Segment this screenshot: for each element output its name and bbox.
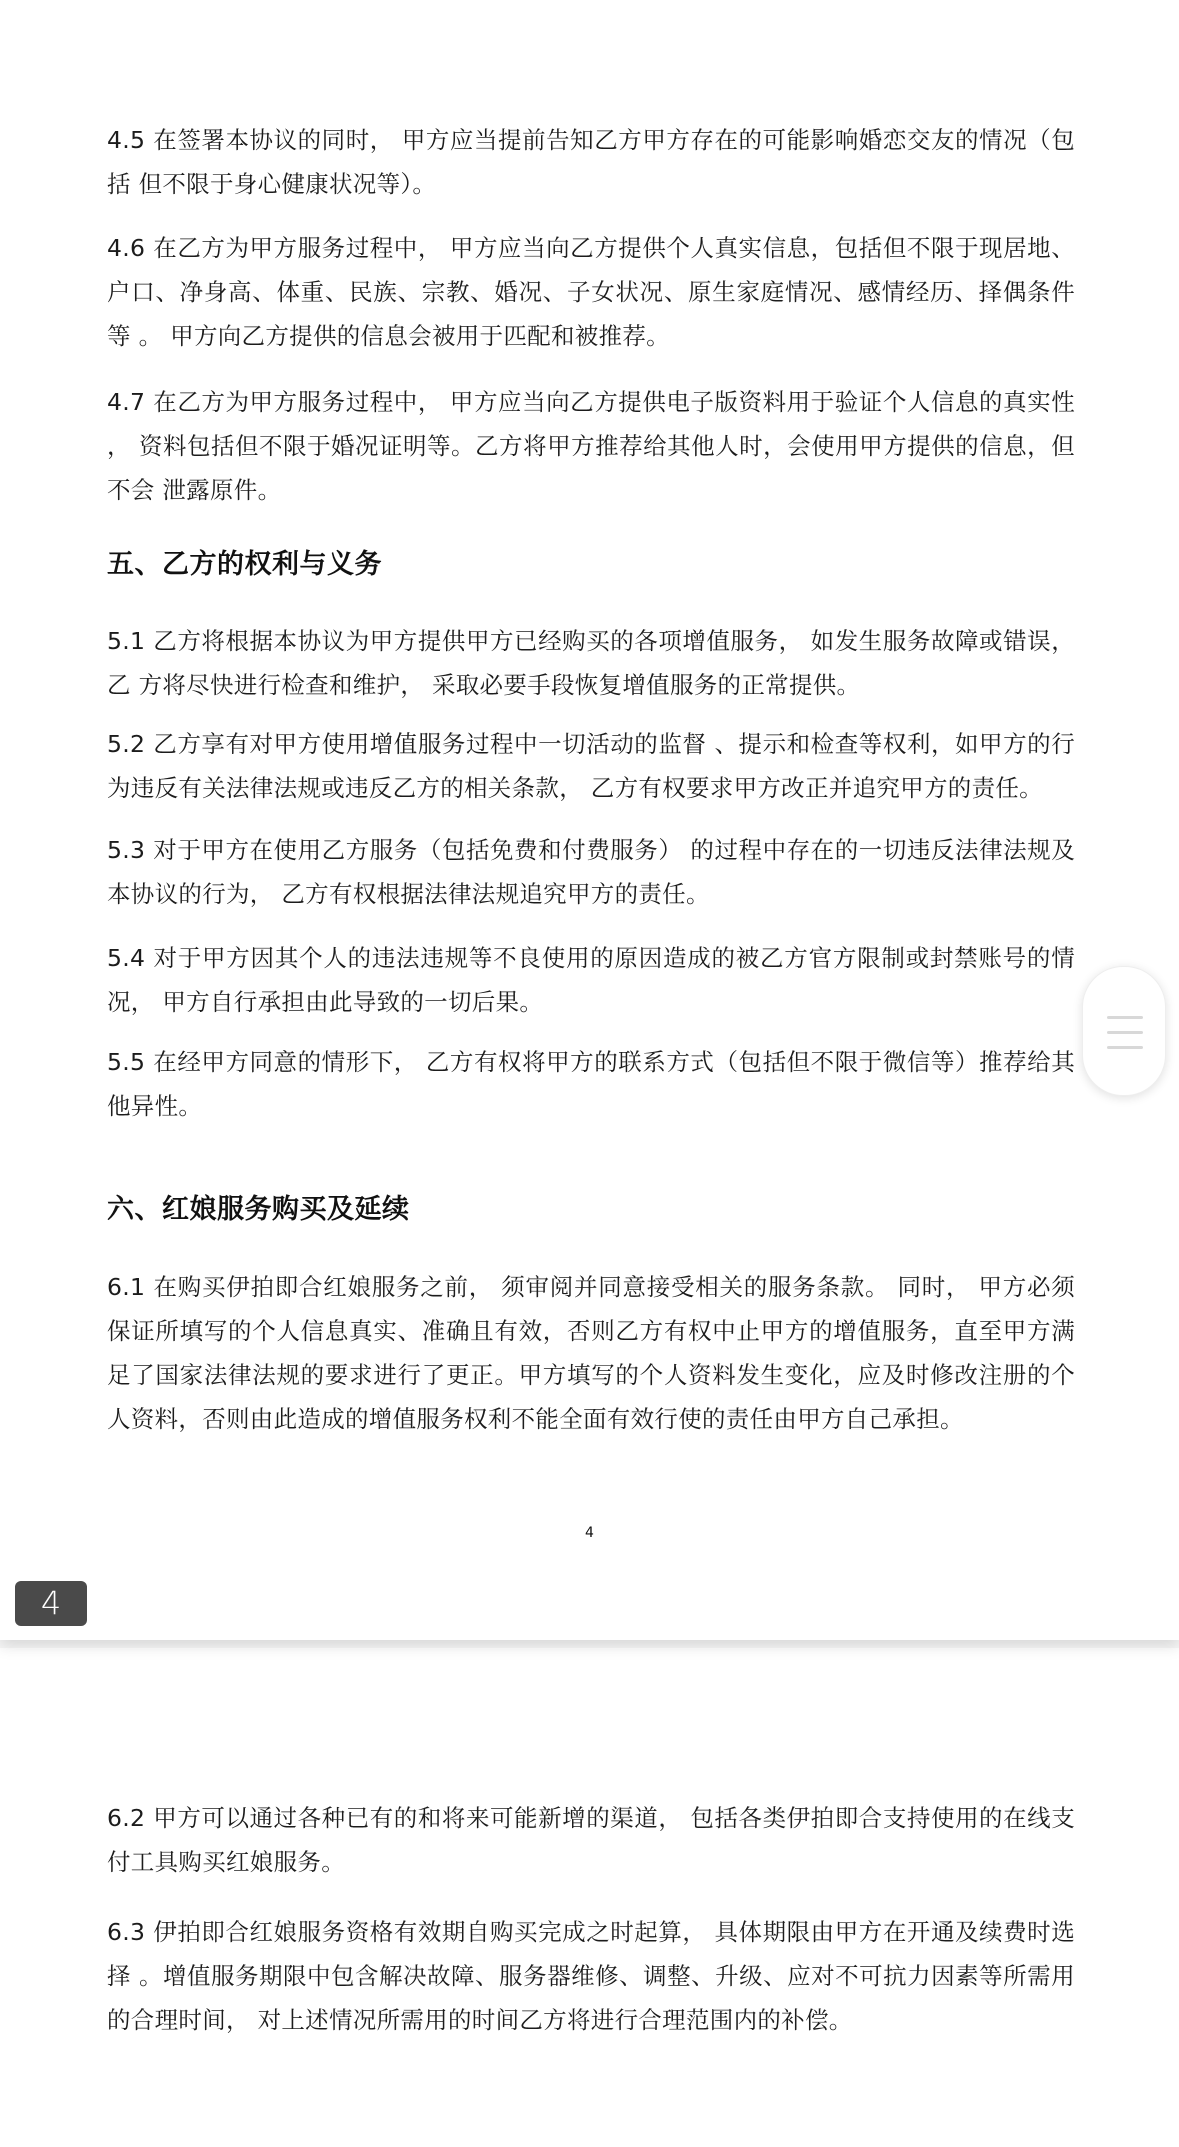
clause-5-4: 5.4 对于甲方因其个人的违法违规等不良使用的原因造成的被乙方官方限制或封禁账号… bbox=[107, 936, 1075, 1024]
clause-4-7: 4.7 在乙方为甲方服务过程中， 甲方应当向乙方提供电子版资料用于验证个人信息的… bbox=[107, 380, 1075, 512]
clause-6-1: 6.1 在购买伊拍即合红娘服务之前， 须审阅并同意接受相关的服务条款。 同时， … bbox=[107, 1265, 1075, 1441]
page-number-footer: 4 bbox=[0, 1525, 1179, 1541]
clause-5-2: 5.2 乙方享有对甲方使用增值服务过程中一切活动的监督 、提示和检查等权利，如甲… bbox=[107, 722, 1075, 810]
current-page-badge: 4 bbox=[15, 1581, 87, 1626]
section-heading-6: 六、红娘服务购买及延续 bbox=[107, 1187, 410, 1226]
document-page-5: 6.2 甲方可以通过各种已有的和将来可能新增的渠道， 包括各类伊拍即合支持使用的… bbox=[0, 1648, 1179, 2147]
section-heading-5: 五、乙方的权利与义务 bbox=[107, 542, 382, 581]
clause-4-5: 4.5 在签署本协议的同时， 甲方应当提前告知乙方甲方存在的可能影响婚恋交友的情… bbox=[107, 118, 1075, 206]
document-page-4: 4.5 在签署本协议的同时， 甲方应当提前告知乙方甲方存在的可能影响婚恋交友的情… bbox=[0, 0, 1179, 1640]
clause-6-3: 6.3 伊拍即合红娘服务资格有效期自购买完成之时起算， 具体期限由甲方在开通及续… bbox=[107, 1910, 1075, 2042]
clause-6-2: 6.2 甲方可以通过各种已有的和将来可能新增的渠道， 包括各类伊拍即合支持使用的… bbox=[107, 1796, 1075, 1884]
clause-5-5: 5.5 在经甲方同意的情形下， 乙方有权将甲方的联系方式（包括但不限于微信等）推… bbox=[107, 1040, 1075, 1128]
floating-menu-button[interactable] bbox=[1082, 966, 1166, 1096]
clause-4-6: 4.6 在乙方为甲方服务过程中， 甲方应当向乙方提供个人真实信息，包括但不限于现… bbox=[107, 226, 1075, 358]
clause-5-3: 5.3 对于甲方在使用乙方服务（包括免费和付费服务） 的过程中存在的一切违反法律… bbox=[107, 828, 1075, 916]
clause-5-1: 5.1 乙方将根据本协议为甲方提供甲方已经购买的各项增值服务， 如发生服务故障或… bbox=[107, 619, 1075, 707]
